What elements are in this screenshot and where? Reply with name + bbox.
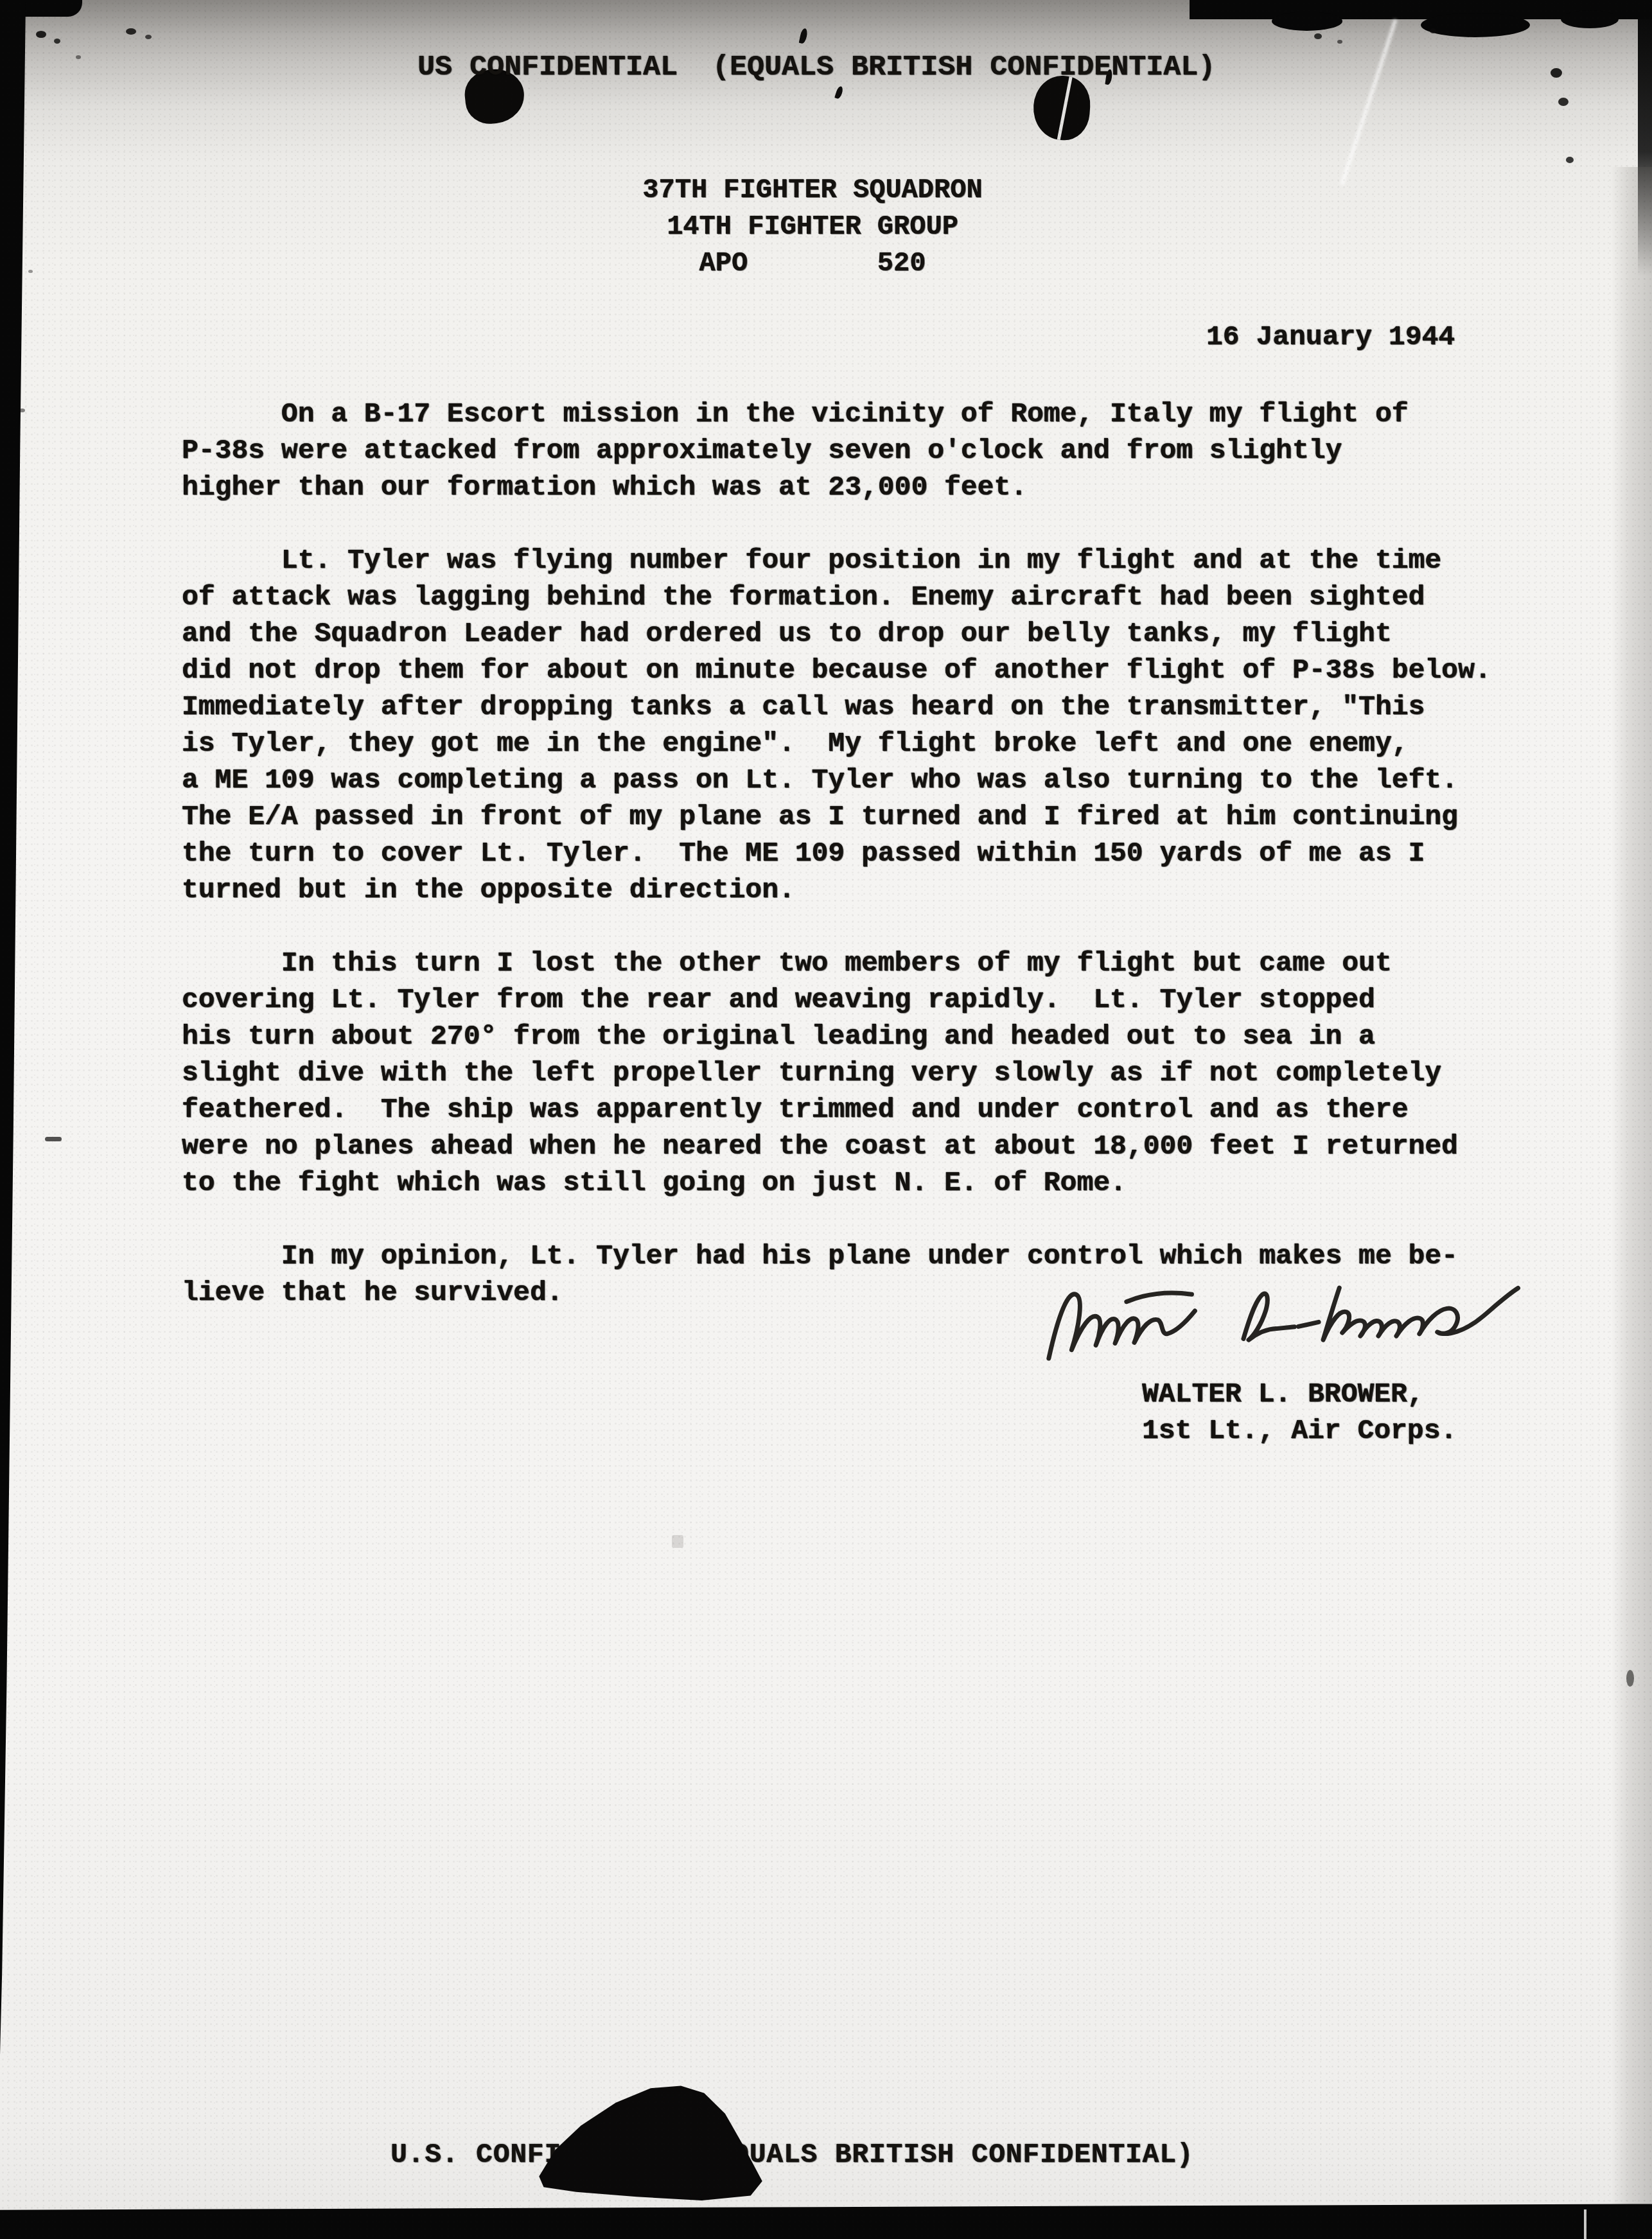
text-line: The E/A passed in front of my plane as I… [182,798,1491,835]
paragraph-3: In this turn I lost the other two member… [182,945,1491,1201]
text-line: higher than our formation which was at 2… [182,469,1491,505]
letterhead: 37TH FIGHTER SQUADRON 14TH FIGHTER GROUP… [633,172,992,282]
letterhead-squadron: 37TH FIGHTER SQUADRON [633,172,992,209]
ink-speck [54,39,60,44]
letter-body: On a B-17 Escort mission in the vicinity… [182,396,1491,1311]
text-line: the turn to cover Lt. Tyler. The ME 109 … [182,835,1491,872]
torn-edge-bump [1421,13,1530,37]
text-line: In my opinion, Lt. Tyler had his plane u… [182,1238,1491,1274]
left-edge-shadow [0,0,26,2055]
bottom-edge-scratch [1584,2209,1586,2239]
ink-speck [1314,33,1322,39]
handwritten-signature [1036,1264,1540,1378]
ink-speck [1551,68,1562,78]
text-line: is Tyler, they got me in the engine". My… [182,725,1491,762]
document-page: US CONFIDENTIAL (EQUALS BRITISH CONFIDEN… [0,0,1652,2239]
bottom-edge-band [0,2202,1652,2239]
right-edge-shadow [1638,0,1652,276]
text-line: Lt. Tyler was flying number four positio… [182,542,1491,579]
paragraph-1: On a B-17 Escort mission in the vicinity… [182,396,1491,505]
classification-banner-bottom: U.S. CONFIDENTIAL (EQUALS BRITISH CONFID… [391,2136,1193,2173]
text-line: On a B-17 Escort mission in the vicinity… [182,396,1491,432]
text-line: covering Lt. Tyler from the rear and wea… [182,981,1491,1018]
torn-edge-top-right [1190,0,1652,19]
ink-speck [1337,40,1342,44]
text-line: did not drop them for about on minute be… [182,652,1491,689]
ink-speck [1558,98,1569,106]
letterhead-group: 14TH FIGHTER GROUP [633,209,992,245]
text-line: were no planes ahead when he neared the … [182,1128,1491,1164]
text-line: feathered. The ship was apparently trimm… [182,1091,1491,1128]
text-line: P-38s were attacked from approximately s… [182,432,1491,469]
text-line: turned but in the opposite direction. [182,872,1491,908]
torn-edge-bump [1272,12,1342,31]
torn-edge-top-left [0,0,82,17]
faint-smudge [672,1535,683,1548]
letterhead-apo: APO 520 [633,245,992,282]
text-line: to the fight which was still going on ju… [182,1164,1491,1201]
stray-mark [834,85,844,100]
text-line: and the Squadron Leader had ordered us t… [182,615,1491,652]
text-line: of attack was lagging behind the formati… [182,579,1491,615]
ink-speck [28,270,33,273]
ink-speck [19,408,25,412]
typed-title-line: 1st Lt., Air Corps. [1142,1412,1457,1449]
stray-mark [799,28,809,44]
date-line: 16 January 1944 [1206,319,1455,355]
ink-speck [45,1137,62,1141]
typed-name-line: WALTER L. BROWER, [1142,1376,1424,1412]
ink-speck [1626,1670,1634,1687]
text-line: Immediately after dropping tanks a call … [182,689,1491,725]
paper-crease [1340,19,1397,186]
ink-speck [36,31,46,38]
text-line: slight dive with the left propeller turn… [182,1055,1491,1091]
ink-speck [145,35,152,39]
paragraph-2: Lt. Tyler was flying number four positio… [182,542,1491,908]
ink-speck [126,28,136,35]
ink-speck [1566,157,1574,163]
classification-banner-top: US CONFIDENTIAL (EQUALS BRITISH CONFIDEN… [417,49,1215,85]
text-line: a ME 109 was completing a pass on Lt. Ty… [182,762,1491,798]
ink-speck [76,55,81,59]
text-line: his turn about 270° from the original le… [182,1018,1491,1055]
torn-edge-bump [1561,10,1619,28]
text-line: In this turn I lost the other two member… [182,945,1491,981]
ink-speck [1430,28,1436,33]
right-edge-texture [1611,167,1652,2209]
